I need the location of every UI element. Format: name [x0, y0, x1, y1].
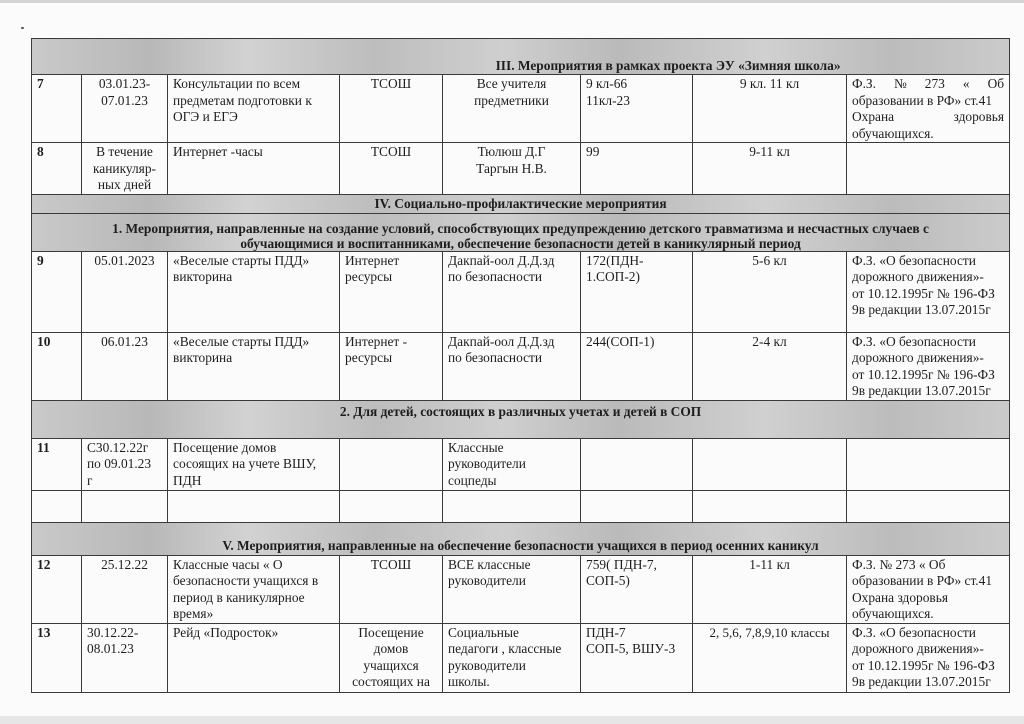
event-cell: Классные часы « О безопасности учащихся … — [168, 555, 340, 623]
scan-edge-top — [0, 0, 1024, 3]
responsible-cell: Социальные педагоги , классные руководит… — [443, 623, 581, 692]
coverage-cell: 9 кл-66 11кл-23 — [581, 75, 693, 143]
coverage-cell: 759( ПДН-7, СОП-5) — [581, 555, 693, 623]
subsection-header-2: 2. Для детей, состоящих в различных учет… — [32, 400, 1010, 438]
event-cell: «Веселые старты ПДД» викторина — [168, 251, 340, 332]
classes-cell: 9-11 кл — [693, 143, 847, 195]
scan-edge-bottom — [0, 716, 1024, 724]
place-cell — [340, 438, 443, 490]
law-cell: Ф.З. «О безопасности дорожного движения»… — [847, 623, 1010, 692]
responsible-cell: Классные руководители соцпеды — [443, 438, 581, 490]
coverage-cell: ПДН-7 СОП-5, ВШУ-3 — [581, 623, 693, 692]
place-cell: Интернет - ресурсы — [340, 332, 443, 400]
date-cell: В течение каникуляр- ных дней — [82, 143, 168, 195]
coverage-cell: 172(ПДН- 1.СОП-2) — [581, 251, 693, 332]
section-title: III. Мероприятия в рамках проекта ЭУ «Зи… — [32, 39, 1010, 75]
date-cell: 03.01.23- 07.01.23 — [82, 75, 168, 143]
subsection-header-1: 1. Мероприятия, направленные на создание… — [32, 213, 1010, 251]
place-cell: Посещение домов учащихся состоящих на — [340, 623, 443, 692]
date-cell: С30.12.22г по 09.01.23 г — [82, 438, 168, 490]
classes-cell: 5-6 кл — [693, 251, 847, 332]
responsible-cell: ВСЕ классные руководители — [443, 555, 581, 623]
row-number: 11 — [32, 438, 82, 490]
date-cell: 05.01.2023 — [82, 251, 168, 332]
row-number: 13 — [32, 623, 82, 692]
classes-cell: 2-4 кл — [693, 332, 847, 400]
empty-cell — [693, 490, 847, 522]
table-row: 11 С30.12.22г по 09.01.23 г Посещение до… — [32, 438, 1010, 490]
law-cell: Ф.З. «О безопасности дорожного движения»… — [847, 251, 1010, 332]
place-cell: Интернет ресурсы — [340, 251, 443, 332]
row-number: 7 — [32, 75, 82, 143]
subsection-title: 1. Мероприятия, направленные на создание… — [32, 213, 1010, 251]
table-row: 10 06.01.23 «Веселые старты ПДД» виктори… — [32, 332, 1010, 400]
law-cell: Ф.З. № 273 « Об образовании в РФ» ст.41 … — [847, 75, 1010, 143]
empty-cell — [581, 490, 693, 522]
row-number: 10 — [32, 332, 82, 400]
table-row: 13 30.12.22- 08.01.23 Рейд «Подросток» П… — [32, 623, 1010, 692]
coverage-cell: 244(СОП-1) — [581, 332, 693, 400]
date-cell: 30.12.22- 08.01.23 — [82, 623, 168, 692]
table-row: 7 03.01.23- 07.01.23 Консультации по все… — [32, 75, 1010, 143]
row-number: 12 — [32, 555, 82, 623]
table-row: 9 05.01.2023 «Веселые старты ПДД» виктор… — [32, 251, 1010, 332]
row-number: 8 — [32, 143, 82, 195]
section-header-3: III. Мероприятия в рамках проекта ЭУ «Зи… — [32, 39, 1010, 75]
table-row-empty — [32, 490, 1010, 522]
place-cell: ТСОШ — [340, 75, 443, 143]
law-cell: Ф.З. № 273 « Об образовании в РФ» ст.41 … — [847, 555, 1010, 623]
empty-cell — [340, 490, 443, 522]
coverage-cell: 99 — [581, 143, 693, 195]
empty-cell — [168, 490, 340, 522]
classes-cell — [693, 438, 847, 490]
event-cell: Рейд «Подросток» — [168, 623, 340, 692]
classes-cell: 1-11 кл — [693, 555, 847, 623]
section-header-4: IV. Социально-профилактические мероприят… — [32, 194, 1010, 213]
responsible-cell: Все учителя предметники — [443, 75, 581, 143]
classes-cell: 9 кл. 11 кл — [693, 75, 847, 143]
classes-cell: 2, 5,6, 7,8,9,10 классы — [693, 623, 847, 692]
row-number: 9 — [32, 251, 82, 332]
responsible-cell: Тюлюш Д.Г Таргын Н.В. — [443, 143, 581, 195]
responsible-cell: Дакпай-оол Д.Д.зд по безопасности — [443, 332, 581, 400]
empty-cell — [847, 490, 1010, 522]
empty-cell — [443, 490, 581, 522]
event-cell: Посещение домов сосоящих на учете ВШУ, П… — [168, 438, 340, 490]
coverage-cell — [581, 438, 693, 490]
events-table: III. Мероприятия в рамках проекта ЭУ «Зи… — [31, 38, 1010, 693]
date-cell: 06.01.23 — [82, 332, 168, 400]
place-cell: ТСОШ — [340, 143, 443, 195]
section-header-5: V. Мероприятия, направленные на обеспече… — [32, 522, 1010, 555]
event-cell: Консультации по всем предметам подготовк… — [168, 75, 340, 143]
empty-cell — [32, 490, 82, 522]
subsection-title: 2. Для детей, состоящих в различных учет… — [32, 400, 1010, 438]
law-cell — [847, 143, 1010, 195]
place-cell: ТСОШ — [340, 555, 443, 623]
table-row: 8 В течение каникуляр- ных дней Интернет… — [32, 143, 1010, 195]
empty-cell — [82, 490, 168, 522]
responsible-cell: Дакпай-оол Д.Д.зд по безопасности — [443, 251, 581, 332]
table-row: 12 25.12.22 Классные часы « О безопаснос… — [32, 555, 1010, 623]
event-cell: Интернет -часы — [168, 143, 340, 195]
section-title: IV. Социально-профилактические мероприят… — [32, 194, 1010, 213]
section-title: V. Мероприятия, направленные на обеспече… — [32, 522, 1010, 555]
event-cell: «Веселые старты ПДД» викторина — [168, 332, 340, 400]
law-cell — [847, 438, 1010, 490]
law-cell: Ф.З. «О безопасности дорожного движения»… — [847, 332, 1010, 400]
date-cell: 25.12.22 — [82, 555, 168, 623]
scan-speck — [21, 27, 24, 29]
